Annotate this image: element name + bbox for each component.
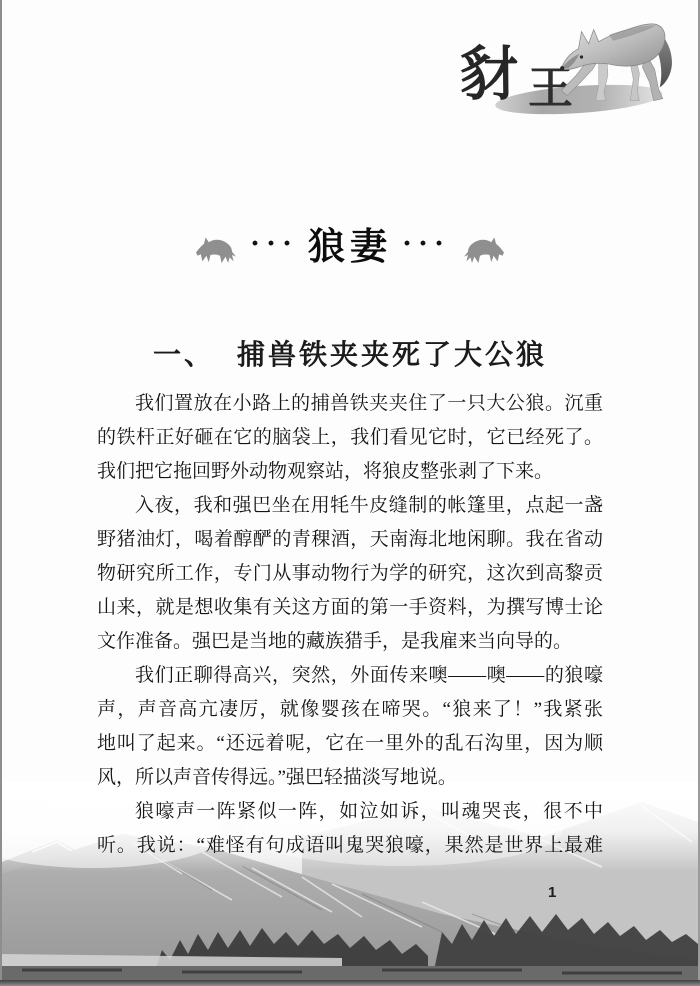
chapter-title-block: ··· 狼妻 ··· [0,222,700,272]
body-text-line: 我们正聊得高兴，突然，外面传来噢——噢——的狼嚎 [97,659,603,693]
body-text-line: 我们置放在小路上的捕兽铁夹夹住了一只大公狼。沉重 [97,387,603,421]
body-text-line: 狼嚎声一阵紧似一阵，如泣如诉，叫魂哭丧，很不中 [97,795,603,829]
body-text-line: 文作准备。强巴是当地的藏族猎手，是我雇来当向导的。 [97,625,603,659]
stalking-wolf-icon [548,6,680,112]
page-number: 1 [548,884,556,901]
body-text-line: 听。我说：“难怪有句成语叫鬼哭狼嚎，果然是世界上最难 [97,829,603,863]
body-text-line: 山来，就是想收集有关这方面的第一手资料，为撰写博士论 [97,591,603,625]
body-text-line: 声，声音高亢凄厉，就像婴孩在啼哭。“狼来了！”我紧张 [97,693,603,727]
series-brand: 豺 王 [440,0,690,125]
page-left-edge [0,0,2,986]
book-page: 豺 王 [0,0,700,986]
brand-title-char1: 豺 [460,46,518,104]
body-text-line: 的铁杆正好砸在它的脑袋上，我们看见它时，它已经死了。 [97,421,603,455]
wolf-silhouette-right-icon [460,228,508,266]
section-title: 捕兽铁夹夹死了大公狼 [237,340,547,371]
section-number: 一、 [153,340,215,371]
title-dots-left: ··· [250,229,298,265]
wolf-silhouette-left-icon [192,228,240,266]
body-text: 我们置放在小路上的捕兽铁夹夹住了一只大公狼。沉重的铁杆正好砸在它的脑袋上，我们看… [97,387,603,863]
body-text-line: 物研究所工作，专门从事动物行为学的研究，这次到高黎贡 [97,557,603,591]
page-bottom-edge [0,980,700,986]
body-text-line: 野猪油灯，喝着醇酽的青稞酒，天南海北地闲聊。我在省动 [97,523,603,557]
chapter-title: 狼妻 [308,229,392,266]
body-text-line: 入夜，我和强巴坐在用牦牛皮缝制的帐篷里，点起一盏 [97,489,603,523]
body-text-line: 地叫了起来。“还远着呢，它在一里外的乱石沟里，因为顺 [97,727,603,761]
title-dots-right: ··· [402,229,450,265]
body-text-line: 我们把它拖回野外动物观察站，将狼皮整张剥了下来。 [97,455,603,489]
body-text-line: 风，所以声音传得远。”强巴轻描淡写地说。 [97,761,603,795]
section-heading: 一、捕兽铁夹夹死了大公狼 [0,333,700,373]
